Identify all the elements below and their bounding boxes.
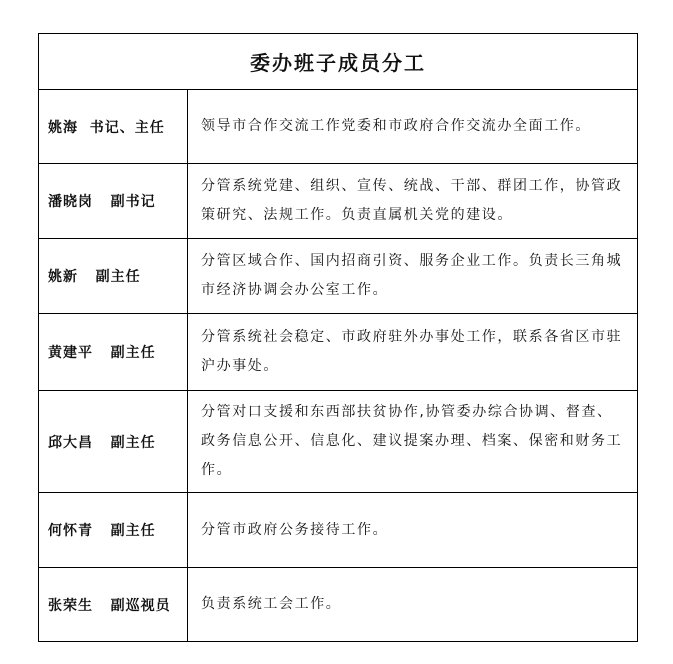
duty-text: 分管区域合作、国内招商引资、服务企业工作。负责长三角城市经济协调会办公室工作。 [201,247,625,305]
member-duty: 领导市合作交流工作党委和市政府合作交流办全面工作。 [188,90,637,163]
duty-text: 分管市政府公务接待工作。 [201,516,388,545]
duty-text: 分管系统社会稳定、市政府驻外办事处工作，联系各省区市驻沪办事处。 [201,323,625,381]
member-name-role: 潘晓岗 副书记 [39,164,188,238]
division-of-duties-table: 委办班子成员分工 姚海 书记、主任 领导市合作交流工作党委和市政府合作交流办全面… [38,33,638,642]
duty-text: 分管系统党建、组织、宣传、统战、干部、群团工作，协管政策研究、法规工作。负责直属… [201,172,625,230]
member-duty: 分管系统党建、组织、宣传、统战、干部、群团工作，协管政策研究、法规工作。负责直属… [188,164,637,238]
member-name-role: 何怀青 副主任 [39,493,188,567]
table-row: 姚海 书记、主任 领导市合作交流工作党委和市政府合作交流办全面工作。 [39,90,637,164]
table-row: 黄建平 副主任 分管系统社会稳定、市政府驻外办事处工作，联系各省区市驻沪办事处。 [39,314,637,391]
table-row: 张荣生 副巡视员 负责系统工会工作。 [39,568,637,641]
member-duty: 分管市政府公务接待工作。 [188,493,637,567]
table-row: 潘晓岗 副书记 分管系统党建、组织、宣传、统战、干部、群团工作，协管政策研究、法… [39,164,637,239]
member-name-role: 姚海 书记、主任 [39,90,188,163]
member-name-role: 邱大昌 副主任 [39,391,188,492]
member-duty: 分管区域合作、国内招商引资、服务企业工作。负责长三角城市经济协调会办公室工作。 [188,239,637,313]
member-duty: 负责系统工会工作。 [188,568,637,641]
table-title: 委办班子成员分工 [39,34,637,90]
member-name-role: 黄建平 副主任 [39,314,188,390]
member-duty: 分管系统社会稳定、市政府驻外办事处工作，联系各省区市驻沪办事处。 [188,314,637,390]
member-duty: 分管对口支援和东西部扶贫协作,协管委办综合协调、督查、政务信息公开、信息化、建议… [188,391,637,492]
table-row: 何怀青 副主任 分管市政府公务接待工作。 [39,493,637,568]
duty-text: 领导市合作交流工作党委和市政府合作交流办全面工作。 [201,112,591,141]
duty-text: 负责系统工会工作。 [201,590,341,619]
duty-text: 分管对口支援和东西部扶贫协作,协管委办综合协调、督查、政务信息公开、信息化、建议… [201,398,625,485]
member-name-role: 张荣生 副巡视员 [39,568,188,641]
member-name-role: 姚新 副主任 [39,239,188,313]
table-row: 姚新 副主任 分管区域合作、国内招商引资、服务企业工作。负责长三角城市经济协调会… [39,239,637,314]
table-row: 邱大昌 副主任 分管对口支援和东西部扶贫协作,协管委办综合协调、督查、政务信息公… [39,391,637,493]
